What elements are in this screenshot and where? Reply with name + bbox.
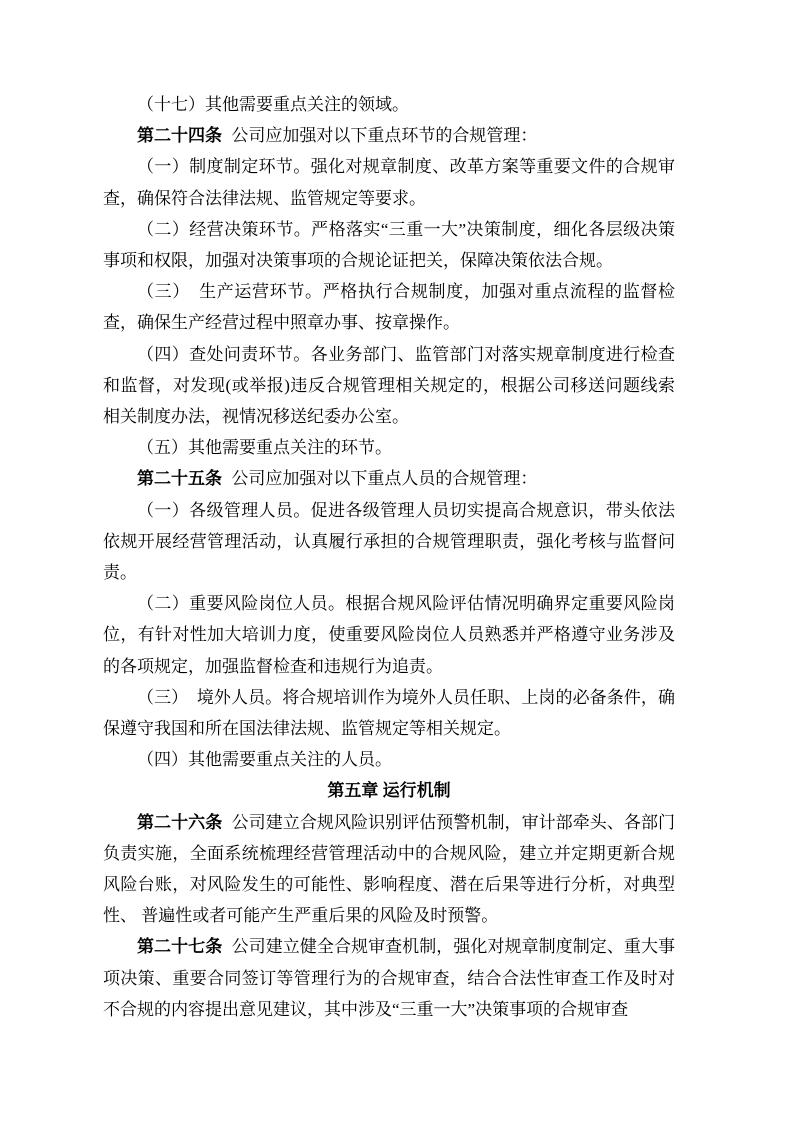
clause-item: （四）其他需要重点关注的人员。	[103, 744, 675, 775]
clause-item: （三） 境外人员。将合规培训作为境外人员任职、上岗的必备条件，确保遵守我国和所在…	[103, 682, 675, 744]
clause-item: （四）查处问责环节。各业务部门、监管部门对落实规章制度进行检查和监督，对发现(或…	[103, 339, 675, 433]
clause-item: （五）其他需要重点关注的环节。	[103, 432, 675, 463]
clause-item: （十七）其他需要重点关注的领域。	[103, 89, 675, 120]
document-page: （十七）其他需要重点关注的领域。 第二十四条公司应加强对以下重点环节的合规管理：…	[0, 0, 794, 1122]
article-text: 公司应加强对以下重点人员的合规管理：	[231, 469, 537, 488]
article-number: 第二十七条	[137, 937, 222, 956]
document-body: （十七）其他需要重点关注的领域。 第二十四条公司应加强对以下重点环节的合规管理：…	[103, 89, 675, 1025]
article-text: 公司应加强对以下重点环节的合规管理：	[231, 126, 537, 145]
clause-item: （二）经营决策环节。严格落实“三重一大”决策制度，细化各层级决策事项和权限，加强…	[103, 214, 675, 276]
article-number: 第二十六条	[137, 813, 222, 832]
article-paragraph: 第二十七条公司建立健全合规审查机制，强化对规章制度制定、重大事项决策、重要合同签…	[103, 931, 675, 1025]
chapter-heading: 第五章 运行机制	[103, 775, 675, 806]
article-paragraph: 第二十六条公司建立合规风险识别评估预警机制，审计部牵头、各部门负责实施，全面系统…	[103, 807, 675, 932]
article-number: 第二十四条	[137, 126, 222, 145]
clause-item: （一）各级管理人员。促进各级管理人员切实提高合规意识，带头依法依规开展经营管理活…	[103, 495, 675, 589]
clause-item: （三） 生产运营环节。严格执行合规制度，加强对重点流程的监督检查，确保生产经营过…	[103, 276, 675, 338]
article-paragraph: 第二十四条公司应加强对以下重点环节的合规管理：	[103, 120, 675, 151]
clause-item: （二）重要风险岗位人员。根据合规风险评估情况明确界定重要风险岗位，有针对性加大培…	[103, 588, 675, 682]
article-paragraph: 第二十五条公司应加强对以下重点人员的合规管理：	[103, 463, 675, 494]
clause-item: （一）制度制定环节。强化对规章制度、改革方案等重要文件的合规审查，确保符合法律法…	[103, 151, 675, 213]
article-number: 第二十五条	[137, 469, 222, 488]
